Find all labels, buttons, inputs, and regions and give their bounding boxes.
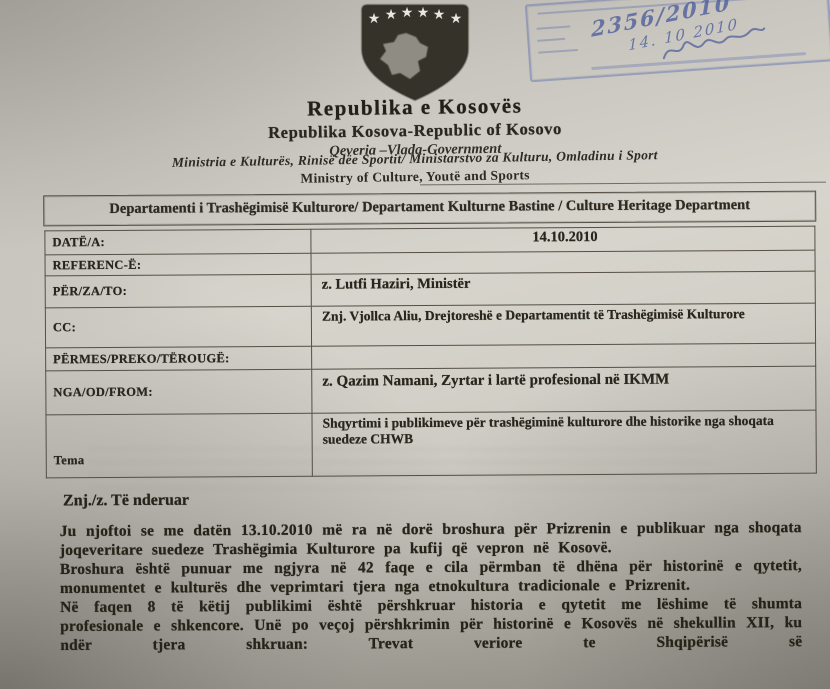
field-label: PËRMES/PREKO/TËROUGË: [46, 346, 312, 371]
svg-text:★: ★ [401, 5, 414, 21]
paragraph: Broshura është punuar me ngjyra në 42 fa… [60, 556, 802, 598]
letter-body: Ju njoftoi se me datën 13.10.2010 më ra … [60, 518, 803, 655]
stamp-printed-line [536, 25, 570, 29]
svg-text:★: ★ [433, 7, 446, 23]
field-label: NGA/OD/FROM: [46, 369, 312, 415]
table-row-cc: CC: Znj. Vjollca Aliu, Drejtoreshë e Dep… [45, 303, 815, 348]
stamp-printed-line [538, 49, 578, 54]
scanned-memo-page: 2356/2010 14. 10 2010 ★★★ ★★★ [0, 0, 830, 689]
registry-stamp: 2356/2010 14. 10 2010 [525, 0, 829, 78]
paragraph: Ju njoftoi se me datën 13.10.2010 më ra … [60, 518, 802, 560]
memo-table: Departamenti i Trashëgimisë Kulturore/ D… [44, 192, 817, 479]
kosovo-coat-of-arms: ★★★ ★★★ [340, 3, 490, 108]
stamp-border: 2356/2010 14. 10 2010 [525, 0, 830, 82]
field-value: z. Qazim Namani, Zyrtar i lartë profesio… [312, 366, 816, 413]
field-value: Znj. Vjollca Aliu, Drejtoreshë e Departa… [311, 303, 815, 346]
field-label: CC: [45, 306, 311, 348]
field-value [312, 343, 816, 369]
department-header: Departamenti i Trashëgimisë Kulturore/ D… [44, 192, 815, 226]
svg-text:★: ★ [385, 7, 398, 23]
memo-fields-table: DATË/A: 14.10.2010 REFERENC-Ë: PËR/ZA/TO… [44, 226, 817, 479]
paragraph: Në faqen 8 të këtij publikimi është përs… [60, 594, 802, 655]
field-label: PËR/ZA/TO: [45, 274, 311, 308]
table-row-from: NGA/OD/FROM: z. Qazim Namani, Zyrtar i l… [46, 366, 816, 415]
svg-text:★: ★ [450, 11, 463, 27]
field-label: DATË/A: [45, 229, 311, 255]
field-label: REFERENC-Ë: [45, 253, 311, 276]
table-row-to: PËR/ZA/TO: z. Lutfi Haziri, Ministër [45, 271, 815, 308]
salutation: Znj./z. Të nderuar [63, 492, 189, 511]
stamp-printed-line [537, 38, 565, 42]
field-value: z. Lutfi Haziri, Ministër [311, 271, 815, 306]
field-value: 14.10.2010 [311, 226, 815, 253]
svg-text:★: ★ [368, 11, 381, 27]
svg-text:★: ★ [417, 5, 430, 21]
